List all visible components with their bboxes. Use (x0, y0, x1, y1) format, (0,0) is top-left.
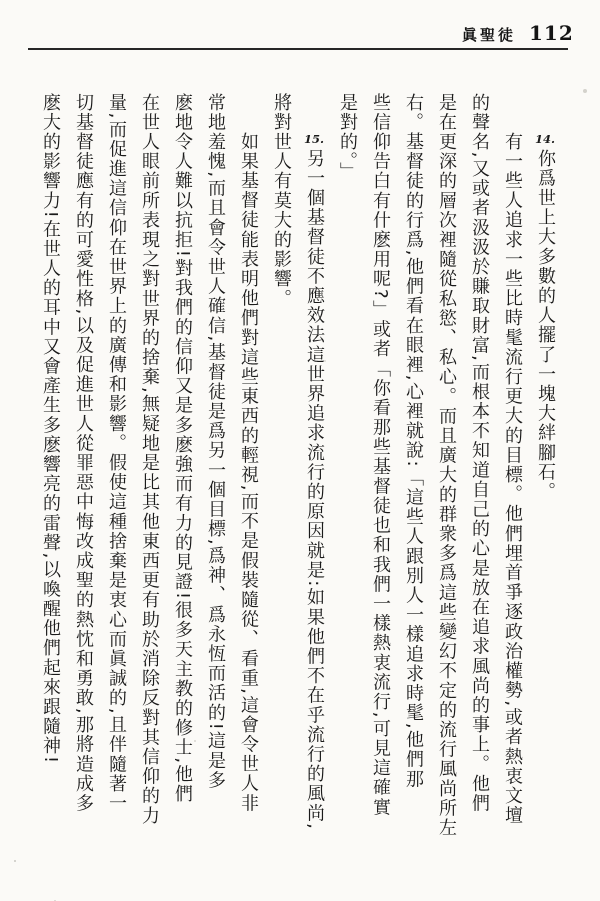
text-column-7: 是對的。」 (337, 93, 358, 182)
text-column-10: 如果基督徒能表明他們對這些東西的輕視,而不是假裝隨從、看重,這會令世人非 (238, 93, 259, 813)
text-column-1: 14.你爲世上大多數的人擺了一塊大絆腳石。 (535, 93, 556, 502)
paragraph-number: 15. (304, 132, 324, 149)
column-text: 麽地令人難以抗拒!對我們的信仰又是多麽強而有力的見證!很多天主教的修士,他們 (172, 93, 193, 804)
page-number: 112 (529, 21, 574, 45)
column-text: 有一些人追求一些比時髦流行更大的目標。他們埋首爭逐政治權勢,或者熱衷文壇 (502, 132, 523, 825)
header-rule (28, 48, 568, 50)
column-text: 量,而促進這信仰在世界上的廣傳和影響。假使這種捨棄是衷心而眞誠的,且伴隨著一 (106, 93, 127, 813)
text-column-5: 右。基督徒的行爲,他們看在眼裡,心裡就說:「這些人跟別人一樣追求時髦,他們那 (403, 93, 424, 789)
column-text: 是在更深的層次裡隨從私慾、私心。而且廣大的群衆多爲這些變幻不定的流行風尚所左 (436, 93, 457, 838)
text-column-6: 些信仰告白有什麽用呢?」或者「你看那些基督徒也和我們一樣熱衷流行,可見這確實 (370, 93, 391, 817)
column-text: 些信仰告白有什麽用呢?」或者「你看那些基督徒也和我們一樣熱衷流行,可見這確實 (370, 93, 391, 817)
text-column-4: 是在更深的層次裡隨從私慾、私心。而且廣大的群衆多爲這些變幻不定的流行風尚所左 (436, 93, 457, 838)
text-column-14: 量,而促進這信仰在世界上的廣傳和影響。假使這種捨棄是衷心而眞誠的,且伴隨著一 (106, 93, 127, 813)
column-text: 切基督徒應有的可愛性格,以及促進世人從罪惡中悔改成聖的熱忱和勇敢,那將造成多 (73, 93, 94, 813)
book-title: 眞聖徒 (462, 24, 516, 45)
text-column-9: 將對世人有莫大的影響。 (271, 93, 292, 309)
text-column-8: 15.另一個基督徒不應效法這世界追求流行的原因就是:如果他們不在乎流行的風尚, (304, 93, 325, 830)
column-text: 在世人眼前所表現之對世界的捨棄,無疑地是比其他東西更有助於消除反對其信仰的力 (139, 93, 160, 826)
text-column-13: 在世人眼前所表現之對世界的捨棄,無疑地是比其他東西更有助於消除反對其信仰的力 (139, 93, 160, 826)
column-text: 的聲名,又或者汲汲於賺取財富,而根本不知道自己的心是放在追求風尚的事上。他們 (469, 93, 490, 813)
scanned-book-page: 眞聖徒 112 14.你爲世上大多數的人擺了一塊大絆腳石。 有一些人追求一些比時… (0, 0, 600, 901)
text-column-11: 常地羞愧,而且會令世人確信,基督徒是爲另一個目標,爲神、爲永恆而活的!這是多 (205, 93, 226, 790)
scan-noise-speck (14, 860, 16, 862)
text-column-15: 切基督徒應有的可愛性格,以及促進世人從罪惡中悔改成聖的熱忱和勇敢,那將造成多 (73, 93, 94, 813)
column-text: 另一個基督徒不應效法這世界追求流行的原因就是:如果他們不在乎流行的風尚, (304, 149, 325, 830)
text-column-2: 有一些人追求一些比時髦流行更大的目標。他們埋首爭逐政治權勢,或者熱衷文壇 (502, 93, 523, 825)
column-text: 將對世人有莫大的影響。 (271, 93, 292, 309)
column-text: 右。基督徒的行爲,他們看在眼裡,心裡就說:「這些人跟別人一樣追求時髦,他們那 (403, 93, 424, 789)
text-column-3: 的聲名,又或者汲汲於賺取財富,而根本不知道自己的心是放在追求風尚的事上。他們 (469, 93, 490, 813)
column-text: 常地羞愧,而且會令世人確信,基督徒是爲另一個目標,爲神、爲永恆而活的!這是多 (205, 93, 226, 790)
text-column-12: 麽地令人難以抗拒!對我們的信仰又是多麽強而有力的見證!很多天主教的修士,他們 (172, 93, 193, 804)
text-block: 14.你爲世上大多數的人擺了一塊大絆腳石。 有一些人追求一些比時髦流行更大的目標… (40, 93, 556, 863)
column-text: 你爲世上大多數的人擺了一塊大絆腳石。 (535, 149, 556, 502)
column-text: 是對的。」 (337, 93, 358, 182)
column-text: 如果基督徒能表明他們對這些東西的輕視,而不是假裝隨從、看重,這會令世人非 (238, 132, 259, 813)
column-text: 麽大的影響力!在世人的耳中又會產生多麽響亮的雷聲,以喚醒他們起來跟隨神! (40, 93, 61, 765)
paragraph-number: 14. (535, 132, 555, 149)
text-column-16: 麽大的影響力!在世人的耳中又會產生多麽響亮的雷聲,以喚醒他們起來跟隨神! (40, 93, 61, 765)
